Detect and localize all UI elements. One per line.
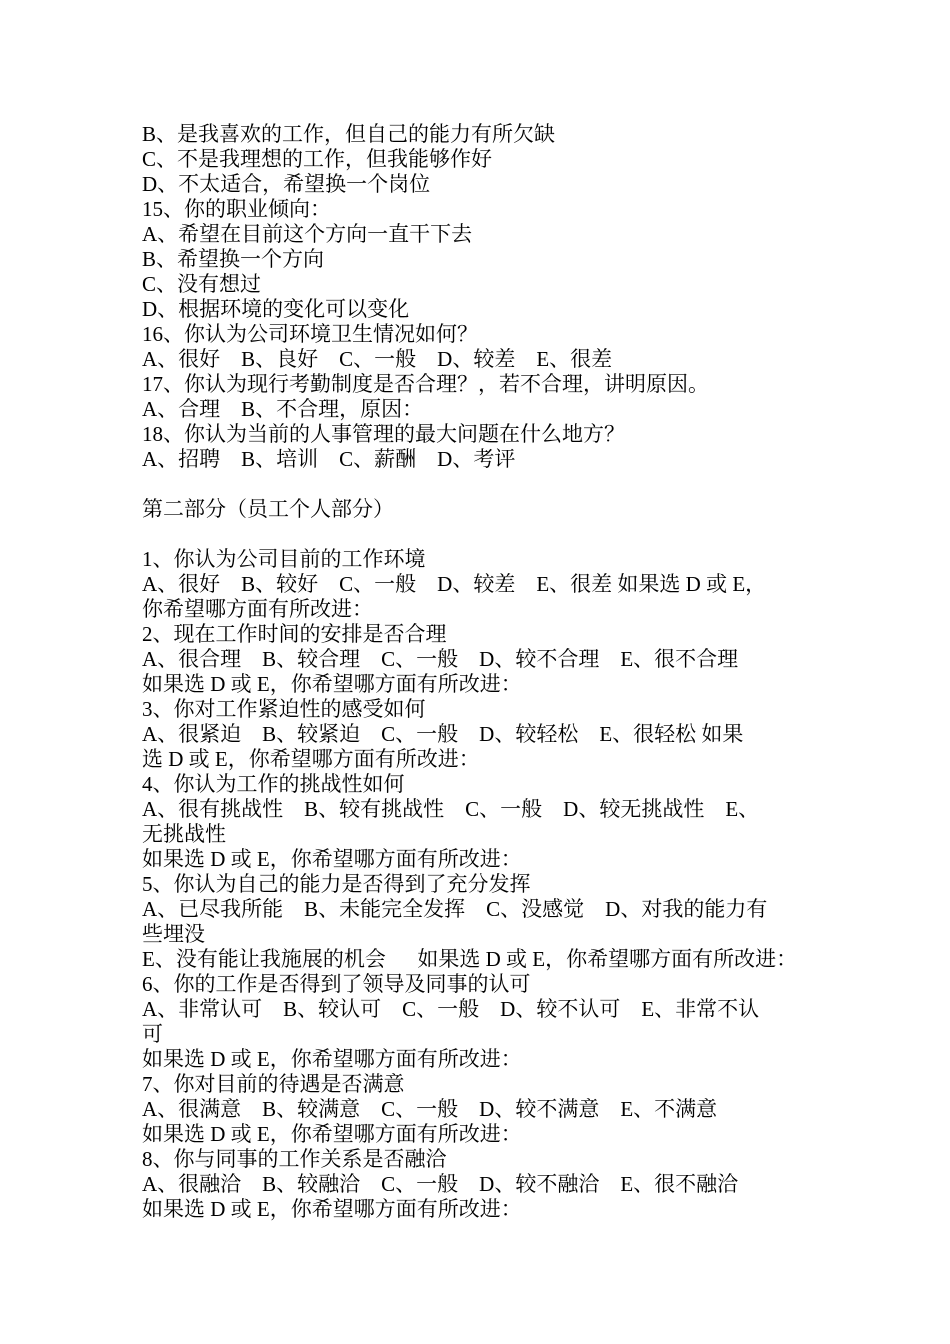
text-line: D、根据环境的变化可以变化 [142,297,832,322]
text-line: B、是我喜欢的工作，但自己的能力有所欠缺 [142,122,832,147]
text-line: A、很有挑战性 B、较有挑战性 C、一般 D、较无挑战性 E、 [142,797,832,822]
text-line: A、合理 B、不合理，原因： [142,397,832,422]
text-line: A、很融洽 B、较融洽 C、一般 D、较不融洽 E、很不融洽 [142,1172,832,1197]
document-page: B、是我喜欢的工作，但自己的能力有所欠缺C、不是我理想的工作，但我能够作好D、不… [0,0,950,1344]
text-line: C、没有想过 [142,272,832,297]
text-line: 17、你认为现行考勤制度是否合理？，若不合理，讲明原因。 [142,372,832,397]
text-line: A、希望在目前这个方向一直干下去 [142,222,832,247]
text-line: 些埋没 [142,922,832,947]
text-line: A、很好 B、良好 C、一般 D、较差 E、很差 [142,347,832,372]
text-line: 1、你认为公司目前的工作环境 [142,547,832,572]
text-line: D、不太适合，希望换一个岗位 [142,172,832,197]
text-line: 4、你认为工作的挑战性如何 [142,772,832,797]
text-line: 16、你认为公司环境卫生情况如何？ [142,322,832,347]
text-line: 15、你的职业倾向： [142,197,832,222]
text-line: 如果选 D 或 E，你希望哪方面有所改进： [142,1047,832,1072]
text-line: E、没有能让我施展的机会 如果选 D 或 E，你希望哪方面有所改进： [142,947,832,972]
text-line: 如果选 D 或 E，你希望哪方面有所改进： [142,1197,832,1222]
text-line: 如果选 D 或 E，你希望哪方面有所改进： [142,1122,832,1147]
text-line: 如果选 D 或 E，你希望哪方面有所改进： [142,847,832,872]
text-line: C、不是我理想的工作，但我能够作好 [142,147,832,172]
text-line: 2、现在工作时间的安排是否合理 [142,622,832,647]
text-line: A、非常认可 B、较认可 C、一般 D、较不认可 E、非常不认 [142,997,832,1022]
text-line: A、很合理 B、较合理 C、一般 D、较不合理 E、很不合理 [142,647,832,672]
text-line: 可 [142,1022,832,1047]
text-line: 你希望哪方面有所改进： [142,597,832,622]
text-line: 3、你对工作紧迫性的感受如何 [142,697,832,722]
text-line: A、很好 B、较好 C、一般 D、较差 E、很差 如果选 D 或 E， [142,572,832,597]
text-line: A、已尽我所能 B、未能完全发挥 C、没感觉 D、对我的能力有 [142,897,832,922]
questionnaire-text-block: B、是我喜欢的工作，但自己的能力有所欠缺C、不是我理想的工作，但我能够作好D、不… [142,122,832,1222]
text-line: 如果选 D 或 E，你希望哪方面有所改进： [142,672,832,697]
text-line: 7、你对目前的待遇是否满意 [142,1072,832,1097]
text-line: 选 D 或 E，你希望哪方面有所改进： [142,747,832,772]
text-line: 8、你与同事的工作关系是否融洽 [142,1147,832,1172]
text-line: A、招聘 B、培训 C、薪酬 D、考评 [142,447,832,472]
text-line: 18、你认为当前的人事管理的最大问题在什么地方？ [142,422,832,447]
blank-line [142,472,832,497]
text-line: A、很紧迫 B、较紧迫 C、一般 D、较轻松 E、很轻松 如果 [142,722,832,747]
text-line: 无挑战性 [142,822,832,847]
blank-line [142,522,832,547]
text-line: 第二部分（员工个人部分） [142,497,832,522]
text-line: 6、你的工作是否得到了领导及同事的认可 [142,972,832,997]
text-line: 5、你认为自己的能力是否得到了充分发挥 [142,872,832,897]
text-line: B、希望换一个方向 [142,247,832,272]
text-line: A、很满意 B、较满意 C、一般 D、较不满意 E、不满意 [142,1097,832,1122]
